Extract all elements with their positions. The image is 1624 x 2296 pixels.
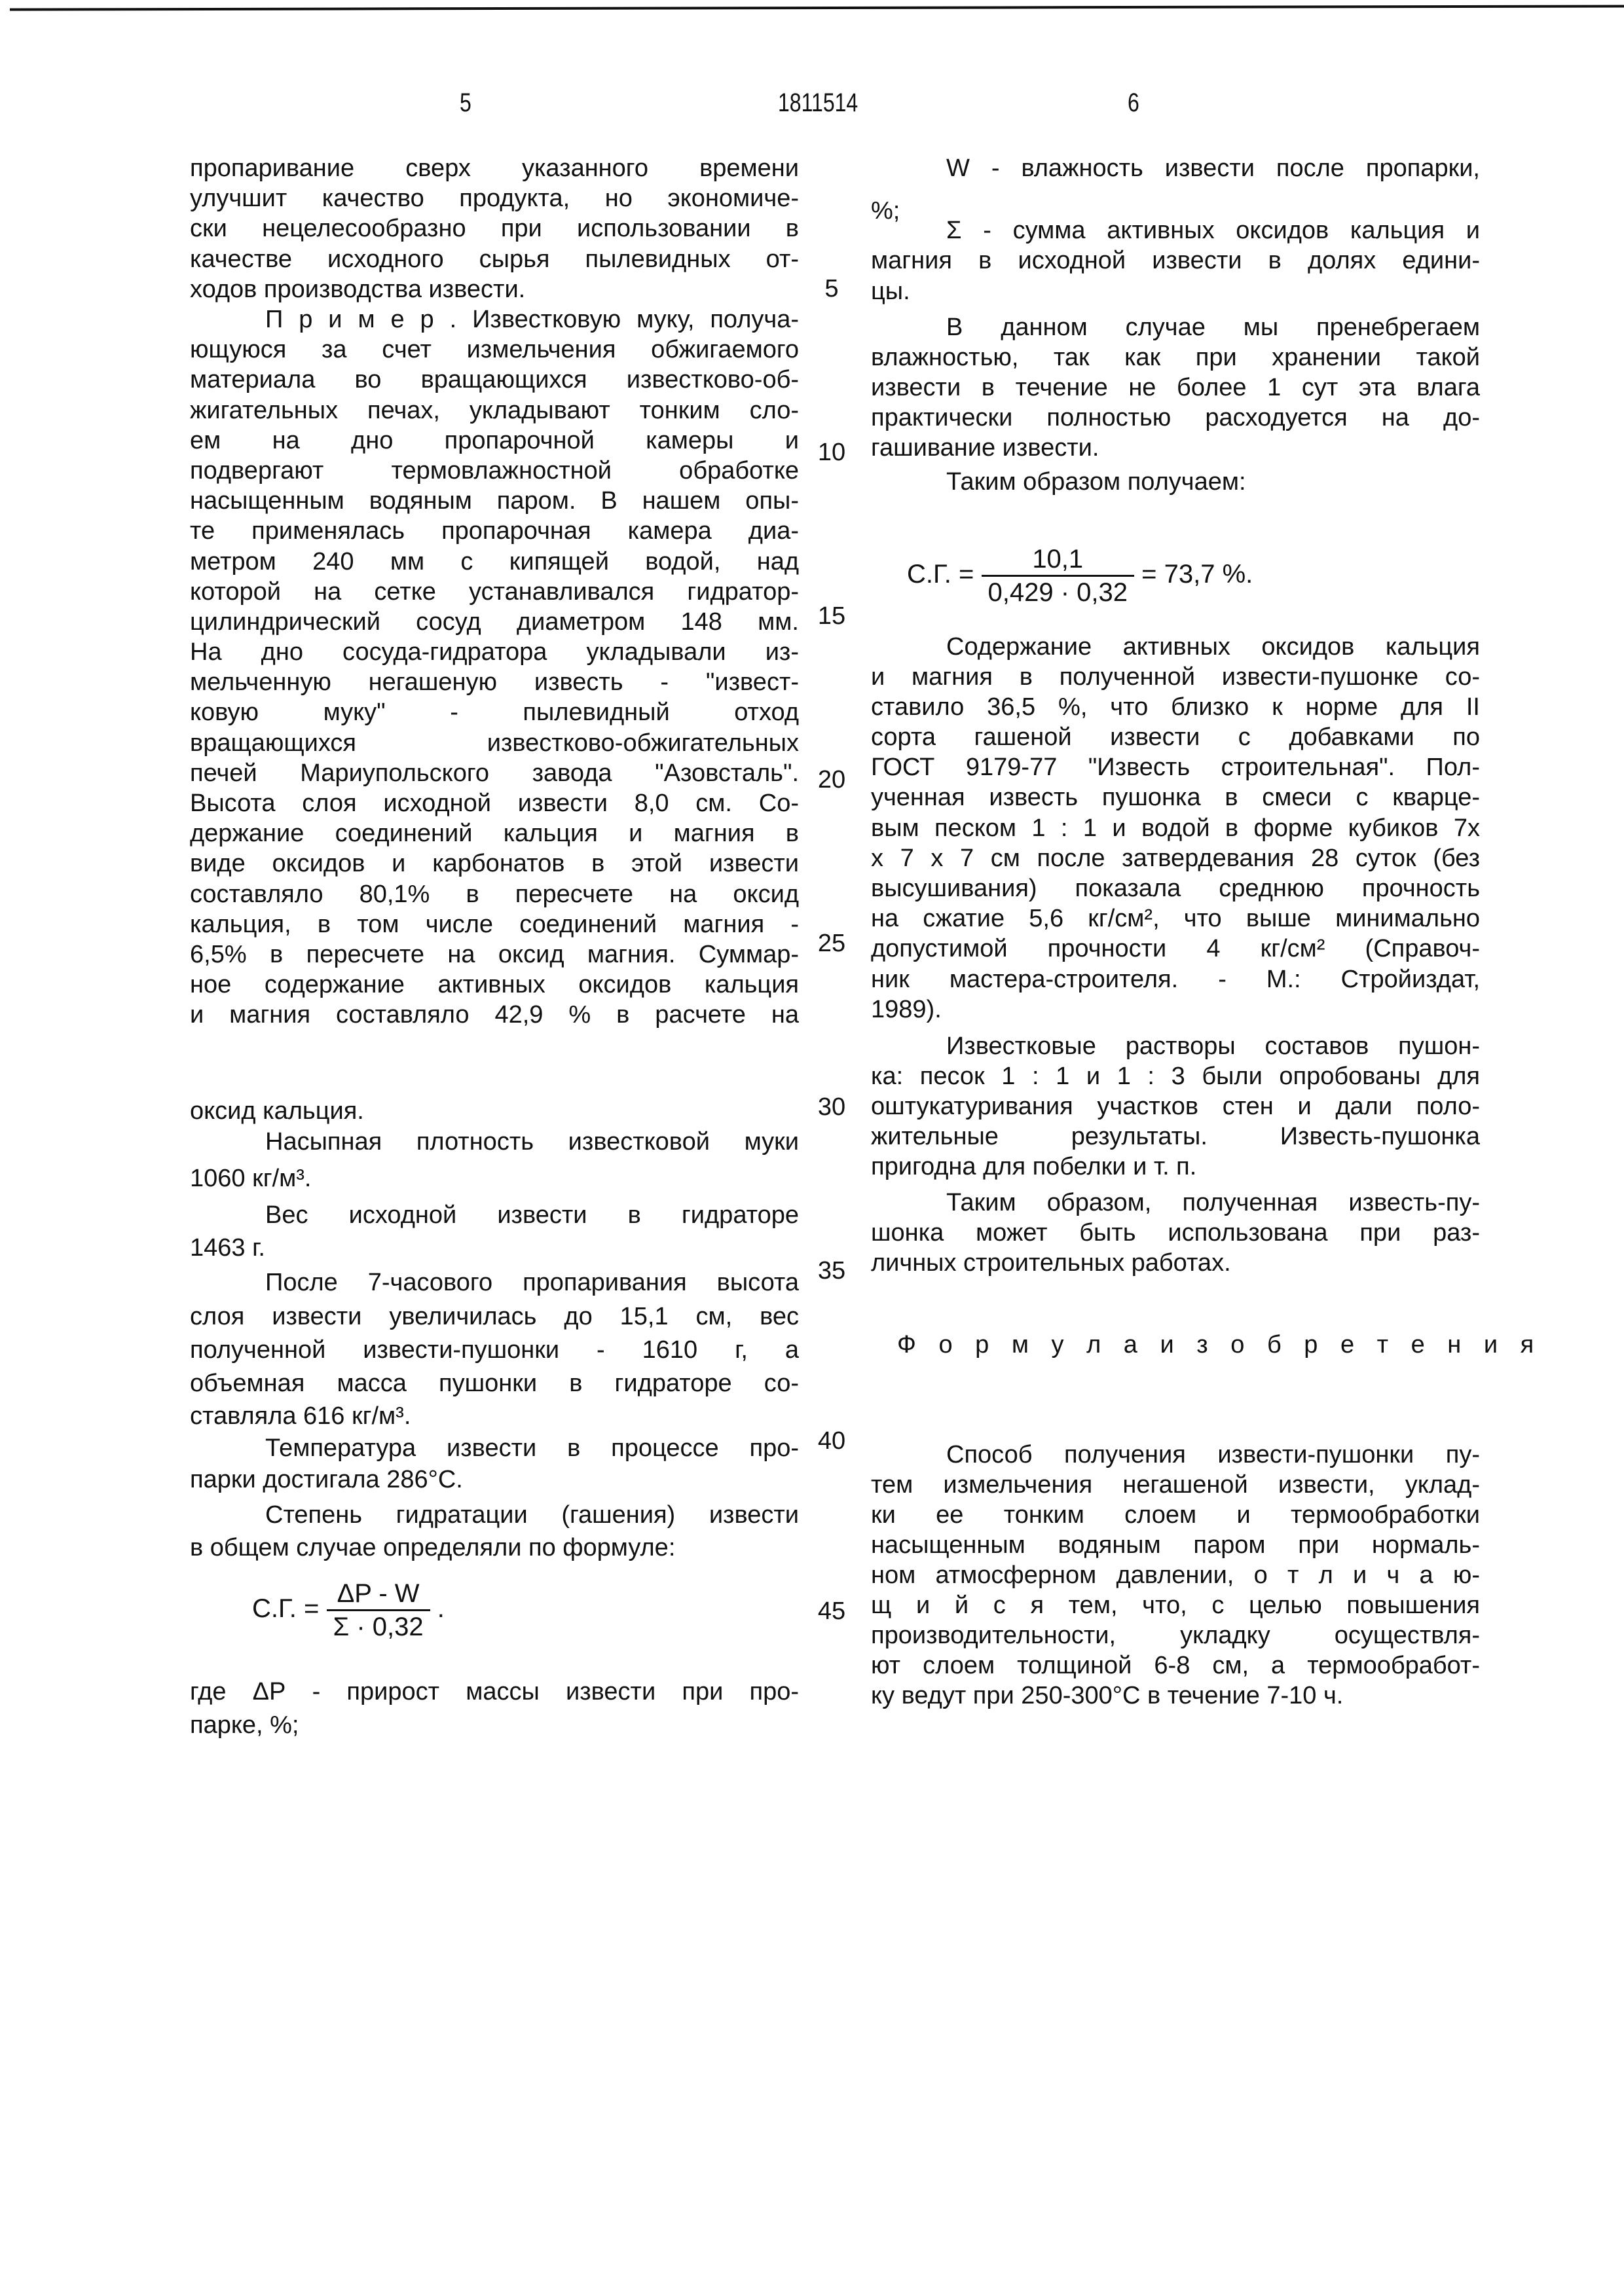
formula-lhs: С.Г. = — [907, 560, 974, 589]
text-line: извести в течение не более 1 сут эта вла… — [871, 373, 1480, 402]
text-line: материала во вращающихся известково-об- — [190, 365, 799, 394]
text-line: ставляла 616 кг/м³. — [190, 1402, 411, 1430]
text-line: слоя извести увеличилась до 15,1 см, вес — [190, 1302, 799, 1331]
text-line: насыщенным водяным паром при нормаль- — [871, 1531, 1480, 1559]
formula-result: = 73,7 %. — [1141, 560, 1253, 589]
text-line: влажностью, так как при хранении такой — [871, 343, 1480, 372]
text-line: 6,5% в пересчете на оксид магния. Суммар… — [190, 940, 799, 969]
result-formula: С.Г. = 10,1 0,429 · 0,32 = 73,7 %. — [907, 543, 1253, 608]
top-rule — [10, 5, 1624, 10]
text-line: ном атмосферном давлении, о т л и ч а ю- — [871, 1561, 1480, 1590]
text-line: насыщенным водяным паром. В нашем опы- — [190, 486, 799, 515]
text-line: жительные результаты. Известь-пушонка — [871, 1122, 1480, 1151]
line-number: 45 — [805, 1597, 858, 1626]
text-line: вым песком 1 : 1 и водой в форме кубиков… — [871, 814, 1480, 843]
text-line: улучшит качество продукта, но экономиче- — [190, 184, 799, 213]
text-line: пригодна для побелки и т. п. — [871, 1152, 1196, 1181]
text-line: высушивания) показала среднюю прочность — [871, 874, 1480, 903]
text-line: ГОСТ 9179-77 "Известь строительная". Пол… — [871, 753, 1480, 782]
text-line: Известковые растворы составов пушон- — [946, 1032, 1480, 1061]
text-line: составляло 80,1% в пересчете на оксид — [190, 880, 799, 909]
line-number: 35 — [805, 1257, 858, 1285]
text-line: личных строительных работах. — [871, 1248, 1231, 1277]
line-number: 30 — [805, 1093, 858, 1121]
text-line: ходов производства извести. — [190, 275, 525, 304]
text-line: сорта гашеной извести с добавками по — [871, 723, 1480, 752]
text-line: х 7 х 7 см после затвердевания 28 суток … — [871, 844, 1480, 873]
text-line: Σ - сумма активных оксидов кальция и — [946, 216, 1480, 245]
text-line: где ΔР - прирост массы извести при про- — [190, 1677, 799, 1706]
formula-numerator: 10,1 — [982, 543, 1135, 577]
text-line: жигательных печах, укладывают тонким сло… — [190, 396, 799, 425]
text-line: Способ получения извести-пушонки пу- — [946, 1440, 1480, 1469]
page-number-left: 5 — [460, 88, 471, 118]
text-line: цы. — [871, 277, 910, 306]
line-number: 5 — [805, 275, 858, 303]
page-number-right: 6 — [1128, 88, 1139, 118]
text-line: допустимой прочности 4 кг/см² (Справоч- — [871, 934, 1480, 963]
text-line: ют слоем толщиной 6-8 см, а термообработ… — [871, 1651, 1480, 1680]
text-line: %; — [871, 196, 900, 225]
text-line: оштукатуривания участков стен и дали пол… — [871, 1092, 1480, 1121]
text-line: оксид кальция. — [190, 1097, 364, 1125]
formula-lhs: С.Г. = — [252, 1594, 319, 1623]
line-number: 10 — [805, 439, 858, 467]
text-line: подвергают термовлажностной обработке — [190, 456, 799, 485]
text-line: мельченную негашеную известь - "извест- — [190, 668, 799, 697]
claims-heading: Ф о р м у л а и з о б р е т е н и я — [897, 1330, 1541, 1359]
text-line: и магния в полученной извести-пушонке со… — [871, 663, 1480, 691]
text-line: производительности, укладку осуществля- — [871, 1621, 1480, 1650]
text-line: В данном случае мы пренебрегаем — [946, 313, 1480, 342]
text-line: тем измельчения негашеной извести, уклад… — [871, 1470, 1480, 1499]
text-line: метром 240 мм с кипящей водой, над — [190, 547, 799, 576]
text-line: парки достигала 286°С. — [190, 1465, 463, 1494]
text-line: пропаривание сверх указанного времени — [190, 154, 799, 183]
text-line: Высота слоя исходной извести 8,0 см. Со- — [190, 789, 799, 818]
text-line: ставило 36,5 %, что близко к норме для I… — [871, 693, 1480, 721]
text-line: держание соединений кальция и магния в — [190, 819, 799, 848]
text-line: Насыпная плотность известковой муки — [265, 1127, 799, 1156]
line-number: 25 — [805, 930, 858, 958]
patent-number: 1811514 — [778, 88, 858, 118]
text-line: щ и й с я тем, что, с целью повышения — [871, 1591, 1480, 1620]
text-line: ющуюся за счет измельчения обжигаемого — [190, 335, 799, 364]
line-number: 15 — [805, 602, 858, 630]
text-line: 1463 г. — [190, 1233, 265, 1262]
text-line: Степень гидратации (гашения) извести — [265, 1501, 799, 1529]
text-line: шонка может быть использована при раз- — [871, 1218, 1480, 1247]
text-line: те применялась пропарочная камера диа- — [190, 517, 799, 545]
text-line: полученной извести-пушонки - 1610 г, а — [190, 1336, 799, 1364]
text-line: ем на дно пропарочной камеры и — [190, 426, 799, 455]
text-line: Таким образом получаем: — [946, 467, 1246, 496]
text-line: Содержание активных оксидов кальция — [946, 632, 1480, 661]
text-line: ки ее тонким слоем и термообработки — [871, 1501, 1480, 1529]
text-line: на сжатие 5,6 кг/см², что выше минимальн… — [871, 904, 1480, 933]
formula-denominator: Σ · 0,32 — [327, 1611, 430, 1643]
formula-fraction: 10,1 0,429 · 0,32 — [982, 543, 1135, 608]
text-line: После 7-часового пропаривания высота — [265, 1268, 799, 1297]
text-line: парке, %; — [190, 1711, 299, 1740]
text-line: Вес исходной извести в гидраторе — [265, 1201, 799, 1230]
line-number: 20 — [805, 766, 858, 794]
formula-denominator: 0,429 · 0,32 — [982, 577, 1135, 608]
text-line: кальция, в том числе соединений магния - — [190, 910, 799, 939]
text-line: ковую муку" - пылевидный отход — [190, 698, 799, 727]
text-line: На дно сосуда-гидратора укладывали из- — [190, 638, 799, 666]
line-number: 40 — [805, 1427, 858, 1455]
text-line: которой на сетке устанавливался гидратор… — [190, 577, 799, 606]
text-line: и магния составляло 42,9 % в расчете на — [190, 1000, 799, 1029]
text-line: магния в исходной извести в долях едини- — [871, 246, 1480, 275]
formula-numerator: ΔP - W — [327, 1578, 430, 1611]
text-line: качестве исходного сырья пылевидных от- — [190, 245, 799, 274]
text-line: ное содержание активных оксидов кальция — [190, 970, 799, 999]
text-line: ски нецелесообразно при использовании в — [190, 214, 799, 243]
text-line: ка: песок 1 : 1 и 1 : 3 были опробованы … — [871, 1062, 1480, 1091]
formula-fraction: ΔP - W Σ · 0,32 — [327, 1578, 430, 1643]
text-line: Температура извести в процессе про- — [265, 1434, 799, 1463]
text-line: 1060 кг/м³. — [190, 1164, 311, 1193]
text-line: ку ведут при 250-300°С в течение 7-10 ч. — [871, 1681, 1343, 1710]
text-line: П р и м е р . Известковую муку, получа- — [265, 305, 799, 334]
text-line: 1989). — [871, 995, 942, 1024]
text-line: в общем случае определяли по формуле: — [190, 1533, 675, 1562]
text-line: гашивание извести. — [871, 433, 1099, 462]
text-line: вращающихся известково-обжигательных — [190, 729, 799, 757]
text-line: печей Мариупольского завода "Азовсталь". — [190, 759, 799, 788]
text-line: ник мастера-строителя. - М.: Стройиздат, — [871, 965, 1480, 994]
hydration-formula: С.Г. = ΔP - W Σ · 0,32 . — [252, 1578, 445, 1643]
text-line: Таким образом, полученная известь-пу- — [946, 1188, 1480, 1217]
text-line: практически полностью расходуется на до- — [871, 403, 1480, 432]
text-line: ученная известь пушонка в смеси с кварце… — [871, 783, 1480, 812]
formula-tail: . — [437, 1594, 445, 1623]
text-line: цилиндрический сосуд диаметром 148 мм. — [190, 608, 799, 636]
text-line: виде оксидов и карбонатов в этой извести — [190, 849, 799, 878]
text-line: объемная масса пушонки в гидраторе со- — [190, 1369, 799, 1398]
text-line: W - влажность извести после пропарки, — [946, 154, 1480, 183]
